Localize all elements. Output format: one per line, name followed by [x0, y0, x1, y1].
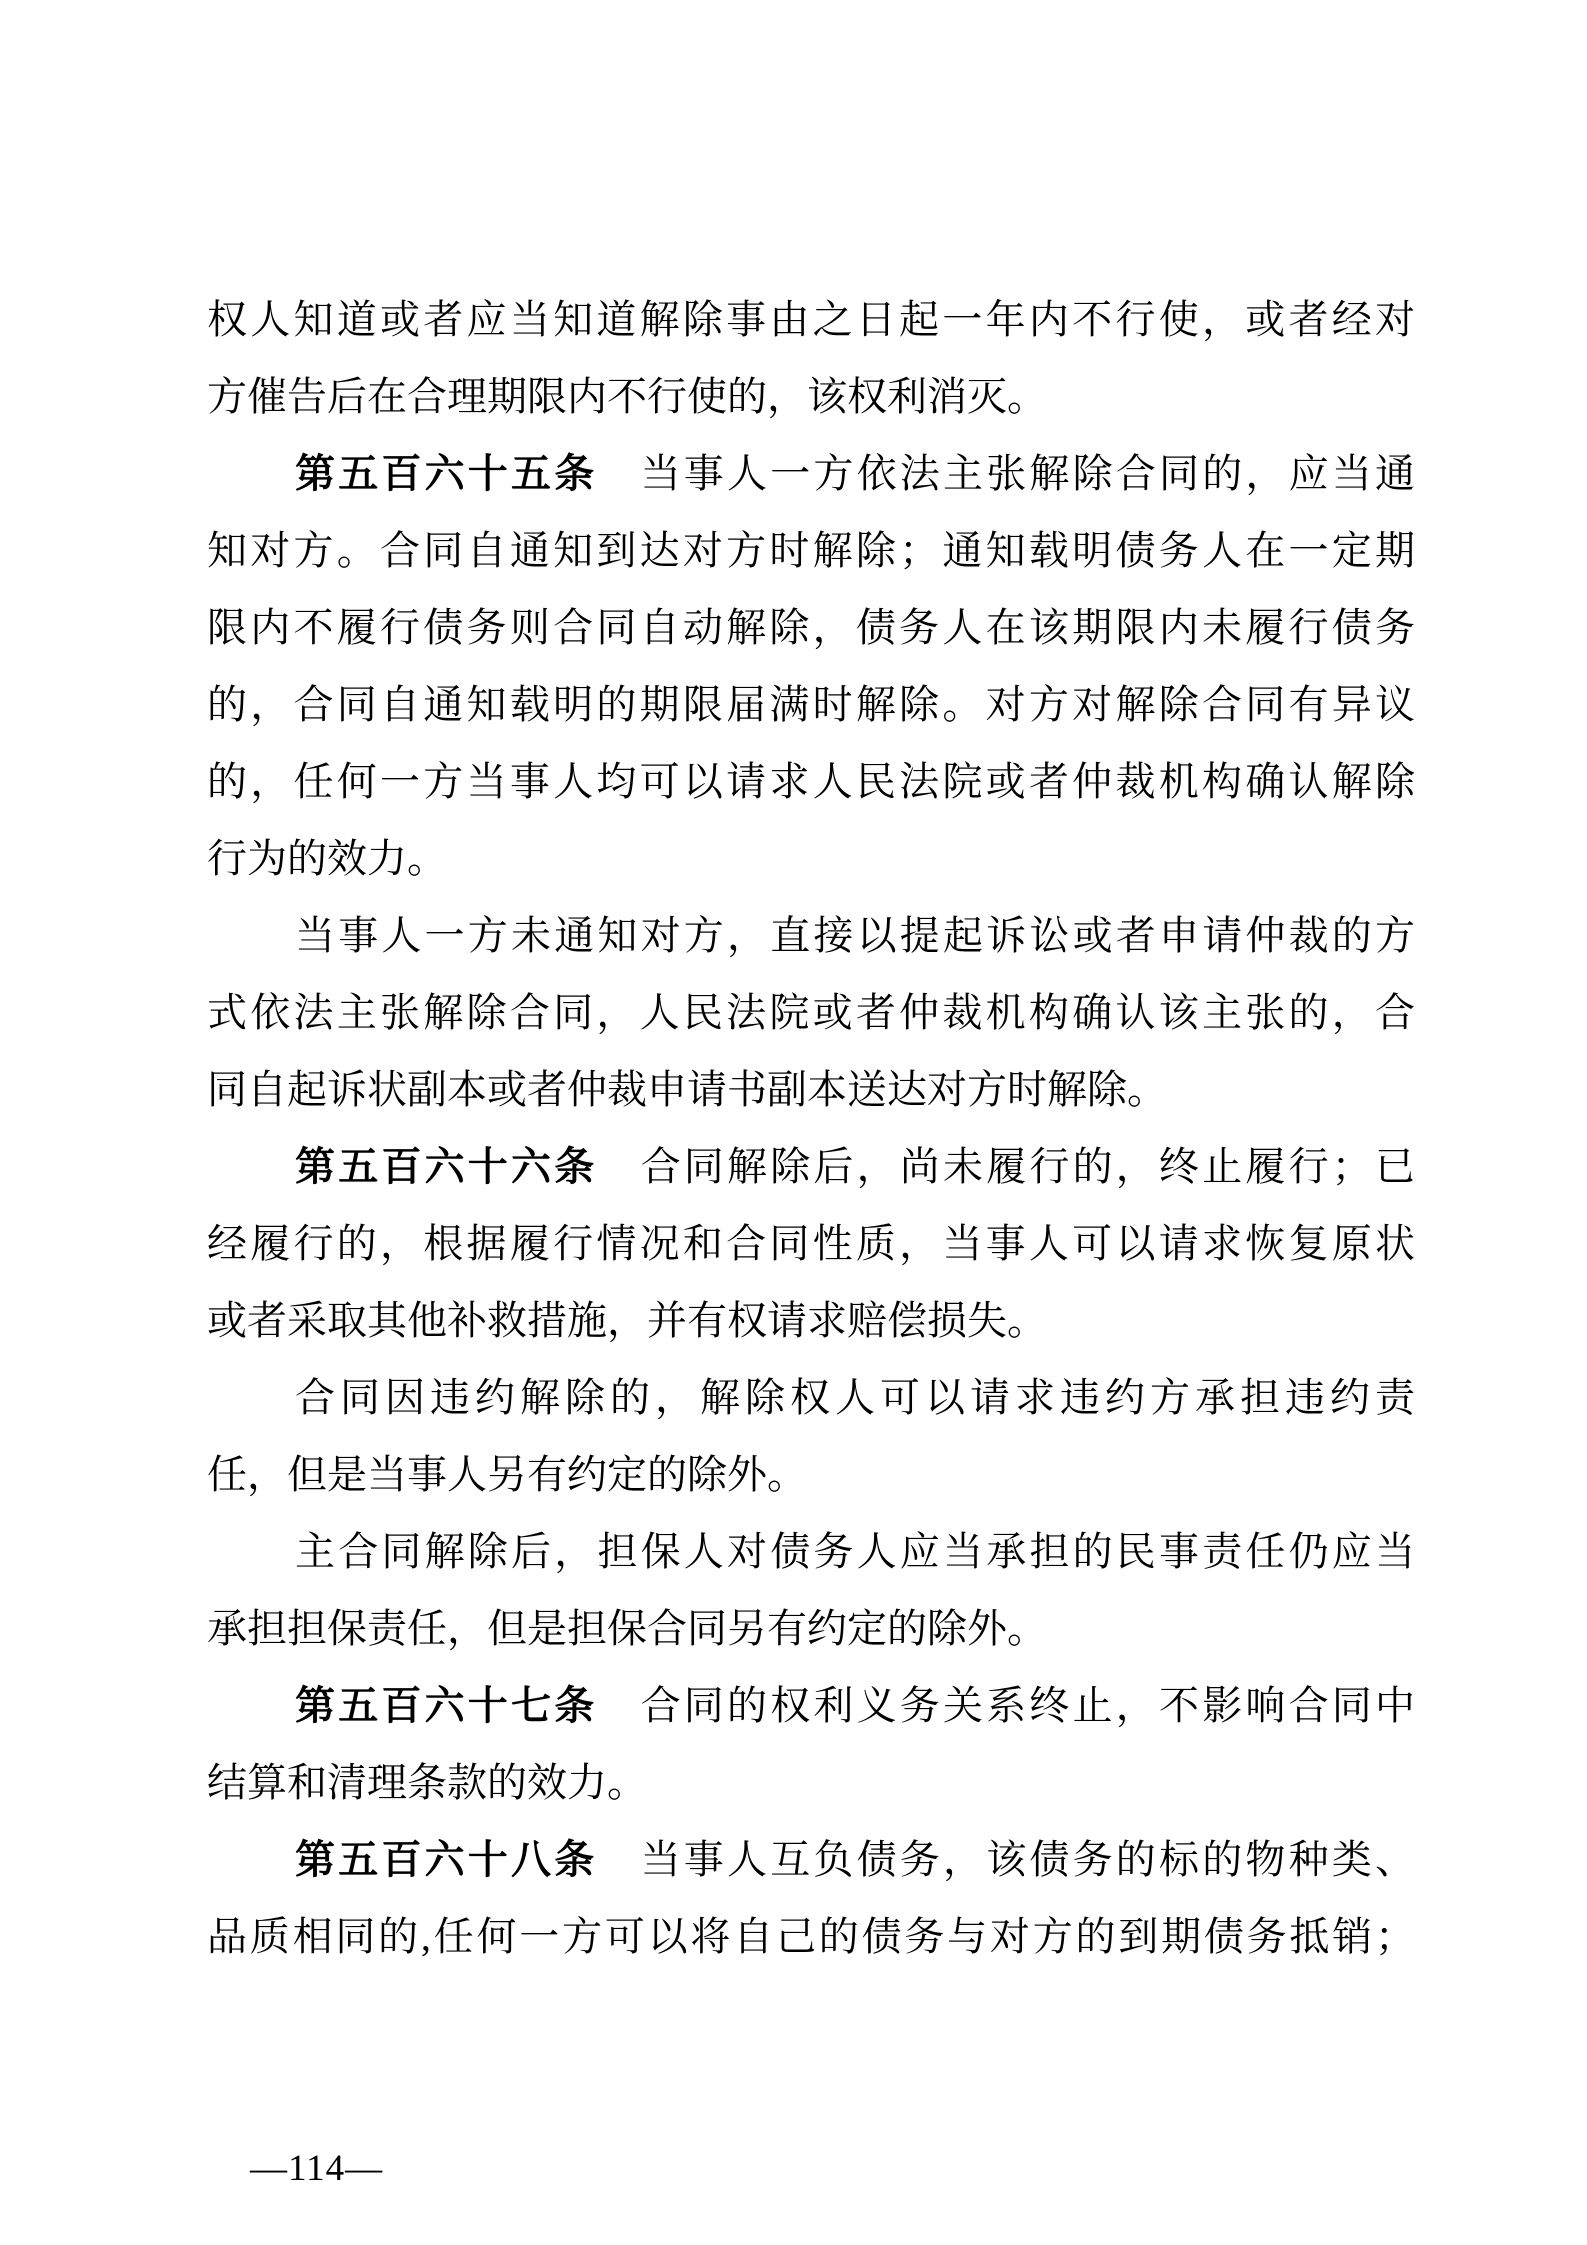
text-segment: 行为的效力。 [207, 836, 447, 881]
text-lines: 权人知道或者应当知道解除事由之日起一年内不行使，或者经对方催告后在合理期限内不行… [207, 281, 1415, 1975]
article-number: 第五百六十五条 [295, 452, 597, 496]
text-line: 主合同解除后，担保人对债务人应当承担的民事责任仍应当 [207, 1513, 1415, 1590]
text-line: 的，合同自通知载明的期限届满时解除。对方对解除合同有异议 [207, 666, 1415, 743]
text-segment: 任，但是当事人另有约定的除外。 [207, 1452, 807, 1497]
document-page: 权人知道或者应当知道解除事由之日起一年内不行使，或者经对方催告后在合理期限内不行… [0, 0, 1587, 2245]
text-segment: 或者采取其他补救措施，并有权请求赔偿损失。 [207, 1298, 1047, 1343]
article-number: 第五百六十八条 [295, 1838, 597, 1882]
text-line: 经履行的，根据履行情况和合同性质，当事人可以请求恢复原状 [207, 1205, 1415, 1282]
text-segment: 结算和清理条款的效力。 [207, 1760, 647, 1805]
text-segment: 品质相同的,任何一方可以将自己的债务与对方的到期债务抵销； [207, 1914, 1415, 1959]
text-line: 行为的效力。 [207, 820, 1415, 897]
text-segment: 合同的权利义务关系终止，不影响合同中 [597, 1683, 1415, 1728]
text-segment: 的，任何一方当事人均可以请求人民法院或者仲裁机构确认解除 [207, 759, 1415, 804]
text-line: 合同因违约解除的，解除权人可以请求违约方承担违约责 [207, 1359, 1415, 1436]
text-line: 限内不履行债务则合同自动解除，债务人在该期限内未履行债务 [207, 589, 1415, 666]
article-number: 第五百六十六条 [295, 1145, 597, 1189]
text-segment: 合同解除后，尚未履行的，终止履行；已 [597, 1144, 1415, 1189]
text-segment: 知对方。合同自通知到达对方时解除；通知载明债务人在一定期 [207, 528, 1415, 573]
text-segment: 同自起诉状副本或者仲裁申请书副本送达对方时解除。 [207, 1067, 1167, 1112]
text-line: 方催告后在合理期限内不行使的，该权利消灭。 [207, 358, 1415, 435]
text-segment: 当事人互负债务，该债务的标的物种类、 [597, 1837, 1415, 1882]
text-segment: 的，合同自通知载明的期限届满时解除。对方对解除合同有异议 [207, 682, 1415, 727]
text-line: 第五百六十六条 合同解除后，尚未履行的，终止履行；已 [207, 1128, 1415, 1205]
text-line: 承担担保责任，但是担保合同另有约定的除外。 [207, 1590, 1415, 1667]
text-line: 第五百六十七条 合同的权利义务关系终止，不影响合同中 [207, 1667, 1415, 1744]
page-number: —114— [250, 2150, 383, 2187]
text-segment: 合同因违约解除的，解除权人可以请求违约方承担违约责 [295, 1375, 1415, 1420]
text-line: 结算和清理条款的效力。 [207, 1744, 1415, 1821]
text-line: 权人知道或者应当知道解除事由之日起一年内不行使，或者经对 [207, 281, 1415, 358]
article-number: 第五百六十七条 [295, 1684, 597, 1728]
text-line: 知对方。合同自通知到达对方时解除；通知载明债务人在一定期 [207, 512, 1415, 589]
text-line: 同自起诉状副本或者仲裁申请书副本送达对方时解除。 [207, 1051, 1415, 1128]
text-line: 的，任何一方当事人均可以请求人民法院或者仲裁机构确认解除 [207, 743, 1415, 820]
text-line: 品质相同的,任何一方可以将自己的债务与对方的到期债务抵销； [207, 1898, 1415, 1975]
text-segment: 限内不履行债务则合同自动解除，债务人在该期限内未履行债务 [207, 605, 1415, 650]
text-segment: 主合同解除后，担保人对债务人应当承担的民事责任仍应当 [295, 1529, 1415, 1574]
text-segment: 权人知道或者应当知道解除事由之日起一年内不行使，或者经对 [207, 297, 1415, 342]
text-segment: 当事人一方未通知对方，直接以提起诉讼或者申请仲裁的方 [295, 913, 1415, 958]
text-line: 当事人一方未通知对方，直接以提起诉讼或者申请仲裁的方 [207, 897, 1415, 974]
text-segment: 承担担保责任，但是担保合同另有约定的除外。 [207, 1606, 1047, 1651]
text-line: 第五百六十五条 当事人一方依法主张解除合同的，应当通 [207, 435, 1415, 512]
text-line: 任，但是当事人另有约定的除外。 [207, 1436, 1415, 1513]
text-line: 或者采取其他补救措施，并有权请求赔偿损失。 [207, 1282, 1415, 1359]
text-segment: 经履行的，根据履行情况和合同性质，当事人可以请求恢复原状 [207, 1221, 1415, 1266]
text-line: 式依法主张解除合同，人民法院或者仲裁机构确认该主张的，合 [207, 974, 1415, 1051]
text-line: 第五百六十八条 当事人互负债务，该债务的标的物种类、 [207, 1821, 1415, 1898]
text-segment: 当事人一方依法主张解除合同的，应当通 [597, 451, 1415, 496]
text-segment: 式依法主张解除合同，人民法院或者仲裁机构确认该主张的，合 [207, 990, 1415, 1035]
text-segment: 方催告后在合理期限内不行使的，该权利消灭。 [207, 374, 1047, 419]
